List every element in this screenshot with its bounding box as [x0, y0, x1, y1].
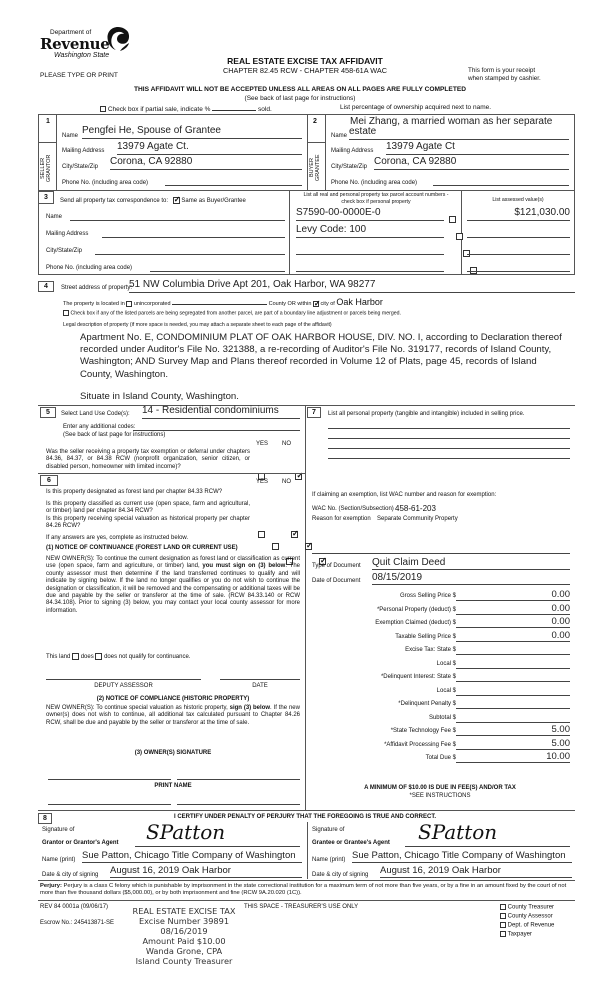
buyer-grantee-label: BUYER GRANTEE: [309, 148, 323, 188]
seller-city-field[interactable]: Corona, CA 92880: [110, 156, 302, 170]
deputy-assessor-label: DEPUTY ASSESSOR: [46, 683, 201, 689]
segregated-label: Check box if any of the listed parcels a…: [70, 310, 400, 316]
additional-codes-field[interactable]: [133, 423, 300, 431]
within-city-checkbox[interactable]: [313, 301, 319, 307]
same-as-buyer-label: Same as Buyer/Grantee: [181, 198, 245, 204]
county-field[interactable]: [172, 299, 267, 305]
section-1-number: 1: [46, 118, 50, 125]
owner-signature-title: (3) OWNER(S) SIGNATURE: [46, 750, 300, 756]
form-title: REAL ESTATE EXCISE TAX AFFIDAVIT: [180, 56, 430, 66]
s6-yes-header: YES: [256, 479, 268, 485]
does-not-label: does not qualify for continuance.: [104, 654, 190, 660]
continuance-row: This land does does not qualify for cont…: [46, 653, 190, 660]
amount-field[interactable]: [456, 697, 570, 709]
doc-type-field[interactable]: Quit Claim Deed: [372, 557, 570, 570]
amount-field[interactable]: 0.00: [456, 630, 570, 642]
wac-field[interactable]: 458-61-203: [395, 504, 436, 513]
wa-dor-swoosh-logo-icon: [104, 25, 132, 53]
this-land-label: This land: [46, 654, 70, 660]
additional-codes-note: (See back of last page for instructions): [63, 432, 165, 438]
s6-question: Is this property designated as forest la…: [46, 489, 250, 496]
county-label: County OR within: [269, 301, 312, 307]
personal-property-line[interactable]: [328, 441, 570, 449]
buyer-phone-field[interactable]: [433, 177, 569, 186]
amount-label: Subtotal $: [320, 715, 456, 721]
grantee-signature-field[interactable]: [405, 846, 570, 847]
corr-mailing-label: Mailing Address: [46, 231, 88, 237]
personal-property-checkbox[interactable]: [449, 216, 456, 223]
amount-field[interactable]: 0.00: [456, 589, 570, 601]
same-as-buyer-checkbox[interactable]: [173, 197, 180, 204]
doc-date-field[interactable]: 08/15/2019: [372, 572, 570, 585]
grantee-date-field[interactable]: August 16, 2019 Oak Harbor: [380, 865, 572, 878]
grantee-name-field[interactable]: Sue Patton, Chicago Title Company of Was…: [352, 850, 572, 863]
buyer-mailing-label: Mailing Address: [331, 148, 373, 154]
does-qualify-checkbox[interactable]: [72, 653, 79, 660]
send-correspondence-label: Send all property tax correspondence to:…: [60, 197, 246, 204]
grantor-date-label: Date & city of signing: [42, 872, 98, 878]
street-address-field[interactable]: 51 NW Columbia Drive Apt 201, Oak Harbor…: [129, 279, 575, 293]
escrow-row: Escrow No.: 245413871-SE: [40, 920, 114, 926]
treasurer-use-label: THIS SPACE - TREASURER'S USE ONLY: [244, 904, 358, 910]
section-5-number: 5: [40, 407, 56, 418]
exemption-divider: [312, 553, 570, 554]
personal-property-line[interactable]: [328, 431, 570, 439]
stamp-line: Excise Number 39891: [128, 916, 240, 926]
partial-sale-row: Check box if partial sale, indicate % so…: [100, 104, 272, 113]
owner-print-name-field-2[interactable]: [177, 797, 300, 805]
s6-no-checkbox[interactable]: [291, 531, 298, 538]
does-not-qualify-checkbox[interactable]: [95, 653, 102, 660]
section-6-number: 6: [40, 475, 58, 486]
section-7-number: 7: [307, 407, 321, 418]
grantor-signature: SPatton: [146, 820, 225, 844]
corr-name-label: Name: [46, 214, 62, 220]
amount-field[interactable]: 5.00: [456, 738, 570, 750]
seller-grantor-label: SELLER GRANTOR: [40, 148, 54, 188]
owner-signature-field-2[interactable]: [177, 772, 300, 780]
section-8-number: 8: [38, 813, 52, 824]
buyer-mailing-field[interactable]: 13979 Agate Ct: [386, 141, 569, 155]
exemption-claim-label: If claiming an exemption, list WAC numbe…: [312, 492, 496, 498]
seller-phone-field[interactable]: [165, 177, 302, 186]
buyer-city-field[interactable]: Corona, CA 92880: [374, 156, 569, 170]
form-subtitle: CHAPTER 82.45 RCW - CHAPTER 458-61A WAC: [180, 66, 430, 75]
doc-type-label: Type of Document: [312, 563, 361, 569]
land-use-field[interactable]: 14 - Residential condominiums: [142, 405, 300, 419]
amount-label: *Delinquent Interest: State $: [320, 674, 456, 680]
legal-description-label: Legal description of property (if more s…: [63, 322, 332, 328]
parcel-account-field[interactable]: Levy Code: 100: [296, 224, 444, 238]
owner-signature-field-1[interactable]: [48, 772, 171, 780]
s6-question: Is this property receiving special valua…: [46, 516, 250, 531]
s6-question: Is this property classified as current u…: [46, 501, 250, 516]
grantor-signature-field[interactable]: [135, 846, 300, 847]
amount-field[interactable]: 5.00: [456, 724, 570, 736]
amount-label: *Affidavit Processing Fee $: [320, 742, 456, 748]
stamp-line: Wanda Grone, CPA: [128, 946, 240, 956]
amount-label: *Delinquent Penalty $: [320, 701, 456, 707]
situate-text[interactable]: Situate in Island County, Washington.: [80, 391, 239, 402]
amount-label: Local $: [320, 661, 456, 667]
grantor-name-label: Name (print): [42, 857, 75, 863]
owner-print-name-field-1[interactable]: [48, 797, 171, 805]
copy-label: County Treasurer: [508, 905, 554, 911]
stamp-line: REAL ESTATE EXCISE TAX: [128, 906, 240, 916]
city-of-label: city of: [320, 301, 334, 307]
partial-sale-percent-field[interactable]: [212, 104, 256, 111]
if-yes-note: If any answers are yes, complete as inst…: [46, 535, 188, 541]
please-type-or-print: PLEASE TYPE OR PRINT: [40, 72, 118, 79]
section-4-number: 4: [38, 281, 54, 292]
seller-name-label: Name: [62, 133, 78, 139]
grantee-signature: SPatton: [418, 820, 497, 844]
s6-no-checkbox[interactable]: [305, 543, 312, 550]
amount-field[interactable]: 0.00: [456, 603, 570, 615]
buyer-name-field[interactable]: estate: [349, 126, 569, 140]
notice1-title: (1) NOTICE OF CONTINUANCE (FOREST LAND O…: [46, 545, 238, 551]
ownership-note: List percentage of ownership acquired ne…: [340, 104, 491, 111]
location-row: The property is located in unincorporate…: [63, 297, 383, 307]
notice2-text: NEW OWNER(S): To continue special valuat…: [46, 705, 300, 727]
personal-property-checkbox[interactable]: [456, 233, 463, 240]
stamp-line: Island County Treasurer: [128, 956, 240, 966]
amount-label: Total Due $: [320, 755, 456, 761]
assessed-value-field[interactable]: [467, 224, 570, 238]
parcel-account-field[interactable]: S7590-00-0000E-0: [296, 207, 444, 221]
s6-yes-checkbox[interactable]: [272, 543, 279, 550]
amount-field[interactable]: 0.00: [456, 616, 570, 628]
parcel-header: List all real and personal property tax …: [296, 192, 456, 205]
grantee-sig-label-1: Signature of: [312, 827, 344, 833]
warning-banner: THIS AFFIDAVIT WILL NOT BE ACCEPTED UNLE…: [60, 86, 540, 93]
corr-city-field[interactable]: [95, 247, 285, 255]
copy-label: County Assessor: [508, 913, 553, 919]
logo-state: Washington State: [54, 52, 109, 59]
grantor-sig-label-2: Grantor or Grantor's Agent: [42, 840, 119, 846]
section-2-number: 2: [313, 118, 317, 125]
grantor-date-field[interactable]: August 16, 2019 Oak Harbor: [110, 865, 302, 878]
copy-item: County Treasurer: [500, 904, 554, 911]
assessor-date-field[interactable]: [220, 672, 300, 680]
grantee-name-label: Name (print): [312, 857, 345, 863]
assessed-value-field[interactable]: [467, 241, 570, 255]
copy-checkbox[interactable]: [500, 922, 506, 928]
copy-label: Taxpayer: [508, 931, 532, 937]
doc-date-label: Date of Document: [312, 578, 360, 584]
personal-property-line[interactable]: [328, 421, 570, 429]
stamp-line: 08/16/2019: [128, 926, 240, 936]
assessed-value-field[interactable]: [467, 258, 570, 272]
grantor-name-field[interactable]: Sue Patton, Chicago Title Company of Was…: [82, 850, 302, 863]
wac-label: WAC No. (Section/Subsection): [312, 506, 394, 512]
seller-mailing-label: Mailing Address: [62, 148, 104, 154]
amount-field[interactable]: [456, 670, 570, 682]
s5-no-header: NO: [282, 441, 291, 447]
see-back-note: (See back of last page for instructions): [150, 95, 450, 102]
amount-label: *State Technology Fee $: [320, 728, 456, 734]
city-field[interactable]: Oak Harbor: [336, 297, 383, 307]
stamp-line: Amount Paid $10.00: [128, 936, 240, 946]
send-correspondence-text: Send all property tax correspondence to:: [60, 198, 168, 204]
corr-mailing-field[interactable]: [102, 230, 285, 238]
partial-sale-label: Check box if partial sale, indicate %: [108, 106, 211, 113]
copy-item: County Assessor: [500, 913, 554, 920]
print-name-label: PRINT NAME: [46, 783, 300, 789]
partial-sale-checkbox[interactable]: [100, 106, 106, 112]
copy-distribution-list: County Treasurer County Assessor Dept. o…: [500, 904, 554, 940]
street-address-label: Street address of property:: [61, 285, 132, 291]
escrow-label: Escrow No.:: [40, 920, 72, 926]
assessed-value-field[interactable]: $121,030.00: [467, 207, 570, 221]
copy-checkbox[interactable]: [500, 931, 506, 937]
amount-field[interactable]: 10.00: [456, 751, 570, 763]
receipt-note-2: when stamped by cashier.: [468, 75, 541, 82]
grantee-sig-label-2: Grantee or Grantee's Agent: [312, 840, 390, 846]
logo-revenue: Revenue: [40, 35, 110, 53]
notice2-title: (2) NOTICE OF COMPLIANCE (HISTORIC PROPE…: [46, 696, 300, 702]
s6-yes-checkbox[interactable]: [258, 531, 265, 538]
reason-label: Reason for exemption: [312, 516, 371, 522]
buyer-phone-label: Phone No. (including area code): [331, 180, 417, 186]
reason-field[interactable]: Separate Community Property: [377, 516, 458, 522]
grantee-date-label: Date & city of signing: [312, 872, 368, 878]
section-3-number: 3: [38, 191, 54, 204]
unincorporated-label: unincorporated: [134, 301, 171, 307]
parcel-account-field[interactable]: [296, 241, 444, 255]
copy-item: Taxpayer: [500, 931, 554, 938]
s5-yes-header: YES: [256, 441, 268, 447]
amount-label: Excise Tax: State $: [320, 647, 456, 653]
date-label: DATE: [220, 683, 300, 689]
located-label: The property is located in: [63, 301, 125, 307]
copy-item: Dept. of Revenue: [500, 922, 554, 929]
escrow-number: 245413871-SE: [74, 920, 114, 926]
perjury-note: Perjury: Perjury is a class C felony whi…: [40, 883, 575, 898]
corr-name-field[interactable]: [70, 213, 285, 221]
buyer-city-label: City/State/Zip: [331, 164, 367, 170]
assessed-header: List assessed value(s): [462, 197, 574, 203]
unincorporated-checkbox[interactable]: [126, 301, 132, 307]
exemption-no-checkbox[interactable]: [295, 473, 302, 480]
land-use-label: Select Land Use Code(s):: [61, 411, 130, 417]
additional-codes-label: Enter any additional codes:: [63, 424, 135, 430]
amount-field[interactable]: [456, 643, 570, 655]
seller-mailing-field[interactable]: 13979 Agate Ct.: [117, 141, 302, 155]
amount-field[interactable]: [456, 711, 570, 723]
segregated-checkbox[interactable]: [63, 310, 69, 316]
notice1-text: NEW OWNER(S): To continue the current de…: [46, 556, 300, 615]
corr-phone-field[interactable]: [150, 264, 285, 272]
exemption-question: Was the seller receiving a property tax …: [46, 449, 250, 471]
s6-no-header: NO: [282, 479, 291, 485]
sold-label: sold.: [258, 106, 272, 113]
seller-name-field[interactable]: Pengfei He, Spouse of Grantee: [82, 125, 302, 139]
rev-code: REV 84 0001a (09/06/17): [40, 904, 108, 910]
amount-field[interactable]: [456, 684, 570, 696]
dor-logo: Department of Revenue Washington State: [38, 29, 138, 69]
treasurer-stamp: REAL ESTATE EXCISE TAXExcise Number 3989…: [128, 906, 240, 966]
segregated-row: Check box if any of the listed parcels a…: [63, 310, 401, 316]
personal-property-line[interactable]: [328, 451, 570, 459]
corr-city-label: City/State/Zip: [46, 248, 82, 254]
seller-city-label: City/State/Zip: [62, 164, 98, 170]
amount-label: Local $: [320, 688, 456, 694]
deputy-assessor-signature-field[interactable]: [46, 672, 201, 680]
see-instructions-note: *SEE INSTRUCTIONS: [340, 793, 540, 799]
amount-label: Exemption Claimed (deduct) $: [320, 620, 456, 626]
copy-label: Dept. of Revenue: [508, 922, 555, 928]
amount-label: Taxable Selling Price $: [320, 634, 456, 640]
minimum-due-note: A MINIMUM OF $10.00 IS DUE IN FEE(S) AND…: [340, 785, 540, 791]
copy-checkbox[interactable]: [500, 904, 506, 910]
seller-phone-label: Phone No. (including area code): [62, 180, 148, 186]
grantor-sig-label-1: Signature of: [42, 827, 74, 833]
amount-field[interactable]: [456, 657, 570, 669]
does-label: does: [81, 654, 94, 660]
amount-label: *Personal Property (deduct) $: [320, 607, 456, 613]
amount-label: Gross Selling Price $: [320, 593, 456, 599]
receipt-note-1: This form is your receipt: [468, 67, 535, 74]
corr-phone-label: Phone No. (including area code): [46, 265, 132, 271]
personal-property-label: List all personal property (tangible and…: [328, 411, 524, 417]
copy-checkbox[interactable]: [500, 913, 506, 919]
legal-description-field[interactable]: Apartment No. E, CONDOMINIUM PLAT OF OAK…: [80, 332, 565, 381]
parcel-account-field[interactable]: [296, 258, 444, 272]
buyer-name-label: Name: [331, 133, 347, 139]
